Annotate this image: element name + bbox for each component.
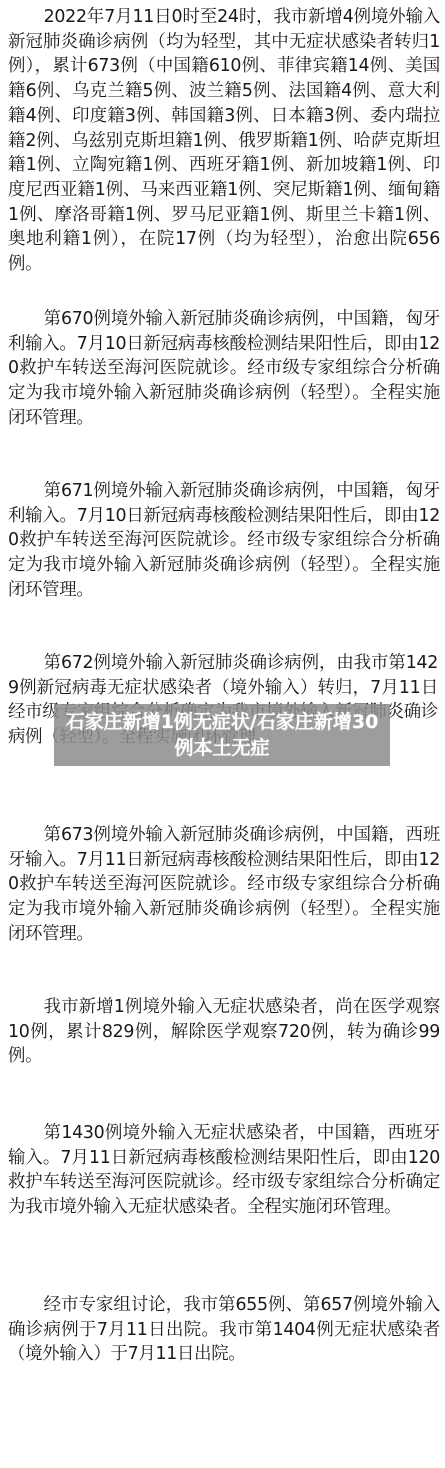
paragraph-asymptomatic-summary: 我市新增1例境外输入无症状感染者，尚在医学观察10例，累计829例，解除医学观察…	[8, 995, 440, 1069]
headline-overlay-banner[interactable]: 石家庄新增1例无症状/石家庄新增30例本土无症	[54, 704, 390, 766]
paragraph-discharges: 经市专家组讨论，我市第655例、第657例境外输入确诊病例于7月11日出院。我市…	[8, 1293, 440, 1367]
paragraph-daily-summary: 2022年7月11日0时至24时，我市新增4例境外输入新冠肺炎确诊病例（均为轻型…	[8, 5, 440, 277]
overlay-title: 石家庄新增1例无症状/石家庄新增30例本土无症	[62, 709, 382, 761]
paragraph-case-671: 第671例境外输入新冠肺炎确诊病例，中国籍，匈牙利输入。7月10日新冠病毒核酸检…	[8, 479, 440, 603]
paragraph-case-673: 第673例境外输入新冠肺炎确诊病例，中国籍，西班牙输入。7月11日新冠病毒核酸检…	[8, 823, 440, 947]
paragraph-case-670: 第670例境外输入新冠肺炎确诊病例，中国籍，匈牙利输入。7月10日新冠病毒核酸检…	[8, 307, 440, 431]
paragraph-case-1430: 第1430例境外输入无症状感染者，中国籍，西班牙输入。7月11日新冠病毒核酸检测…	[8, 1121, 440, 1220]
